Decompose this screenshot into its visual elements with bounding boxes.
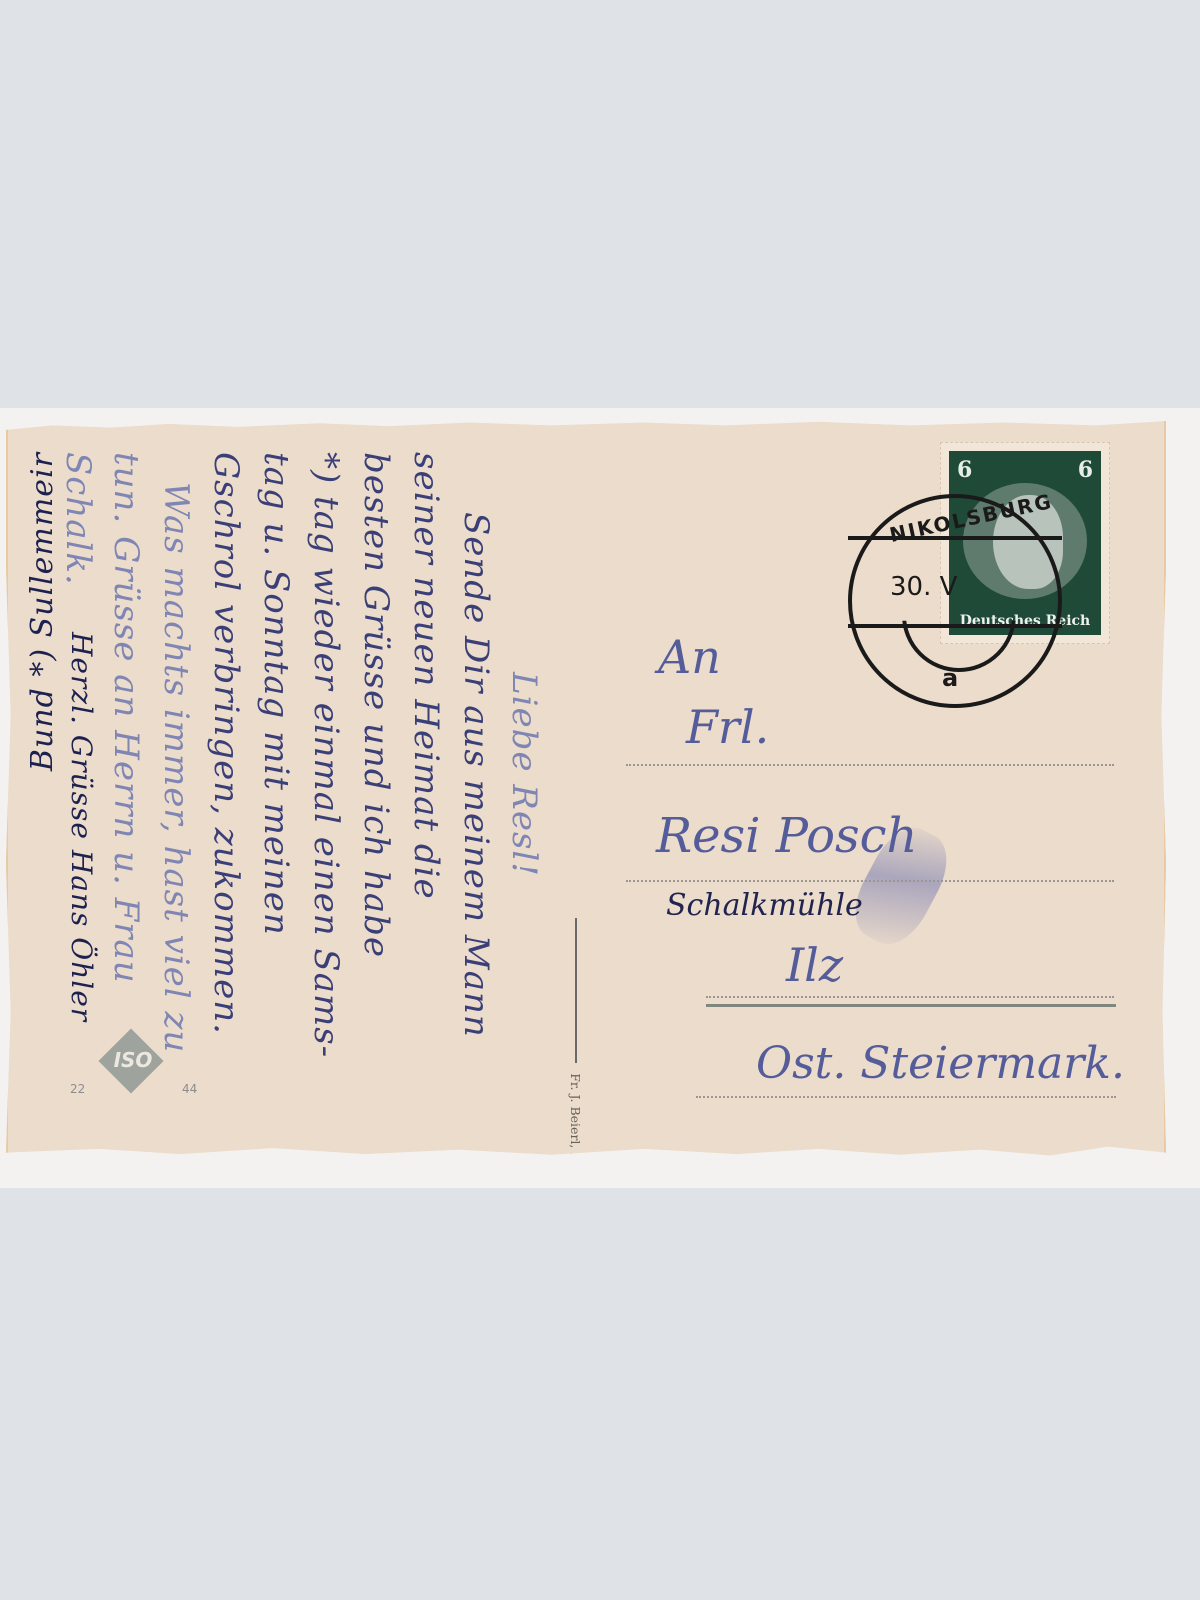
message-line: seiner neuen Heimat die <box>406 452 446 900</box>
postmark-date: 30. V <box>890 572 957 602</box>
postmark-band-top <box>848 536 1062 540</box>
stamp-value-left: 6 <box>957 457 972 483</box>
message-line: Was machts immer, hast viel zu <box>156 482 196 1053</box>
imprint-rule <box>575 1373 577 1518</box>
imprint-rule <box>575 918 577 1063</box>
message-upside-down-note: Bund *) Sullemmeir <box>25 452 60 771</box>
message-closing: Herzl. Grüsse Hans Öhler <box>65 632 98 1022</box>
address-place: Schalkmühle <box>666 888 863 923</box>
message-salutation: Liebe Resl! <box>504 672 544 877</box>
address-line <box>626 880 1114 882</box>
message-line: tun. Grüsse an Herrn u. Frau <box>106 452 146 984</box>
message-line: besten Grüsse und ich habe <box>356 452 396 958</box>
address-line <box>626 764 1114 766</box>
address-line <box>696 1096 1116 1098</box>
imprint-text: Fr. J. Beierl, Papierhandlung, Nikolsbur… <box>569 1073 584 1363</box>
publisher-logo-text: ISO <box>106 1048 160 1072</box>
address-title: Frl. <box>686 700 769 754</box>
stamp-value-right: 6 <box>1078 457 1093 483</box>
message-area: Bund *) Sullemmeir Liebe Resl! Sende Dir… <box>12 432 552 1152</box>
message-line: Schalk. <box>58 452 98 586</box>
postmark-letter: a <box>942 664 958 692</box>
message-line: tag u. Sonntag mit meinen <box>256 452 296 936</box>
postcard-back: Bund *) Sullemmeir Liebe Resl! Sende Dir… <box>6 418 1166 1160</box>
postmark: NIKOLSBURG 30. V a <box>848 494 1062 708</box>
message-line: Gschrol verbringen, zukommen. <box>206 452 246 1035</box>
address-prefix: An <box>658 630 721 684</box>
address-region: Ost. Steiermark. <box>756 1038 1125 1089</box>
publisher-imprint: Fr. J. Beierl, Papierhandlung, Nikolsbur… <box>564 918 594 1518</box>
logo-number-right: 44 <box>182 1082 197 1096</box>
handwritten-message: Bund *) Sullemmeir Liebe Resl! Sende Dir… <box>12 432 552 1132</box>
address-line <box>706 996 1114 998</box>
address-town: Ilz <box>786 938 843 992</box>
message-line: *) tag wieder einmal einen Sams- <box>306 452 346 1058</box>
address-name: Resi Posch <box>656 808 917 864</box>
logo-number-left: 22 <box>70 1082 85 1096</box>
address-rule <box>706 1004 1116 1007</box>
message-line: Sende Dir aus meinem Mann <box>456 512 496 1038</box>
